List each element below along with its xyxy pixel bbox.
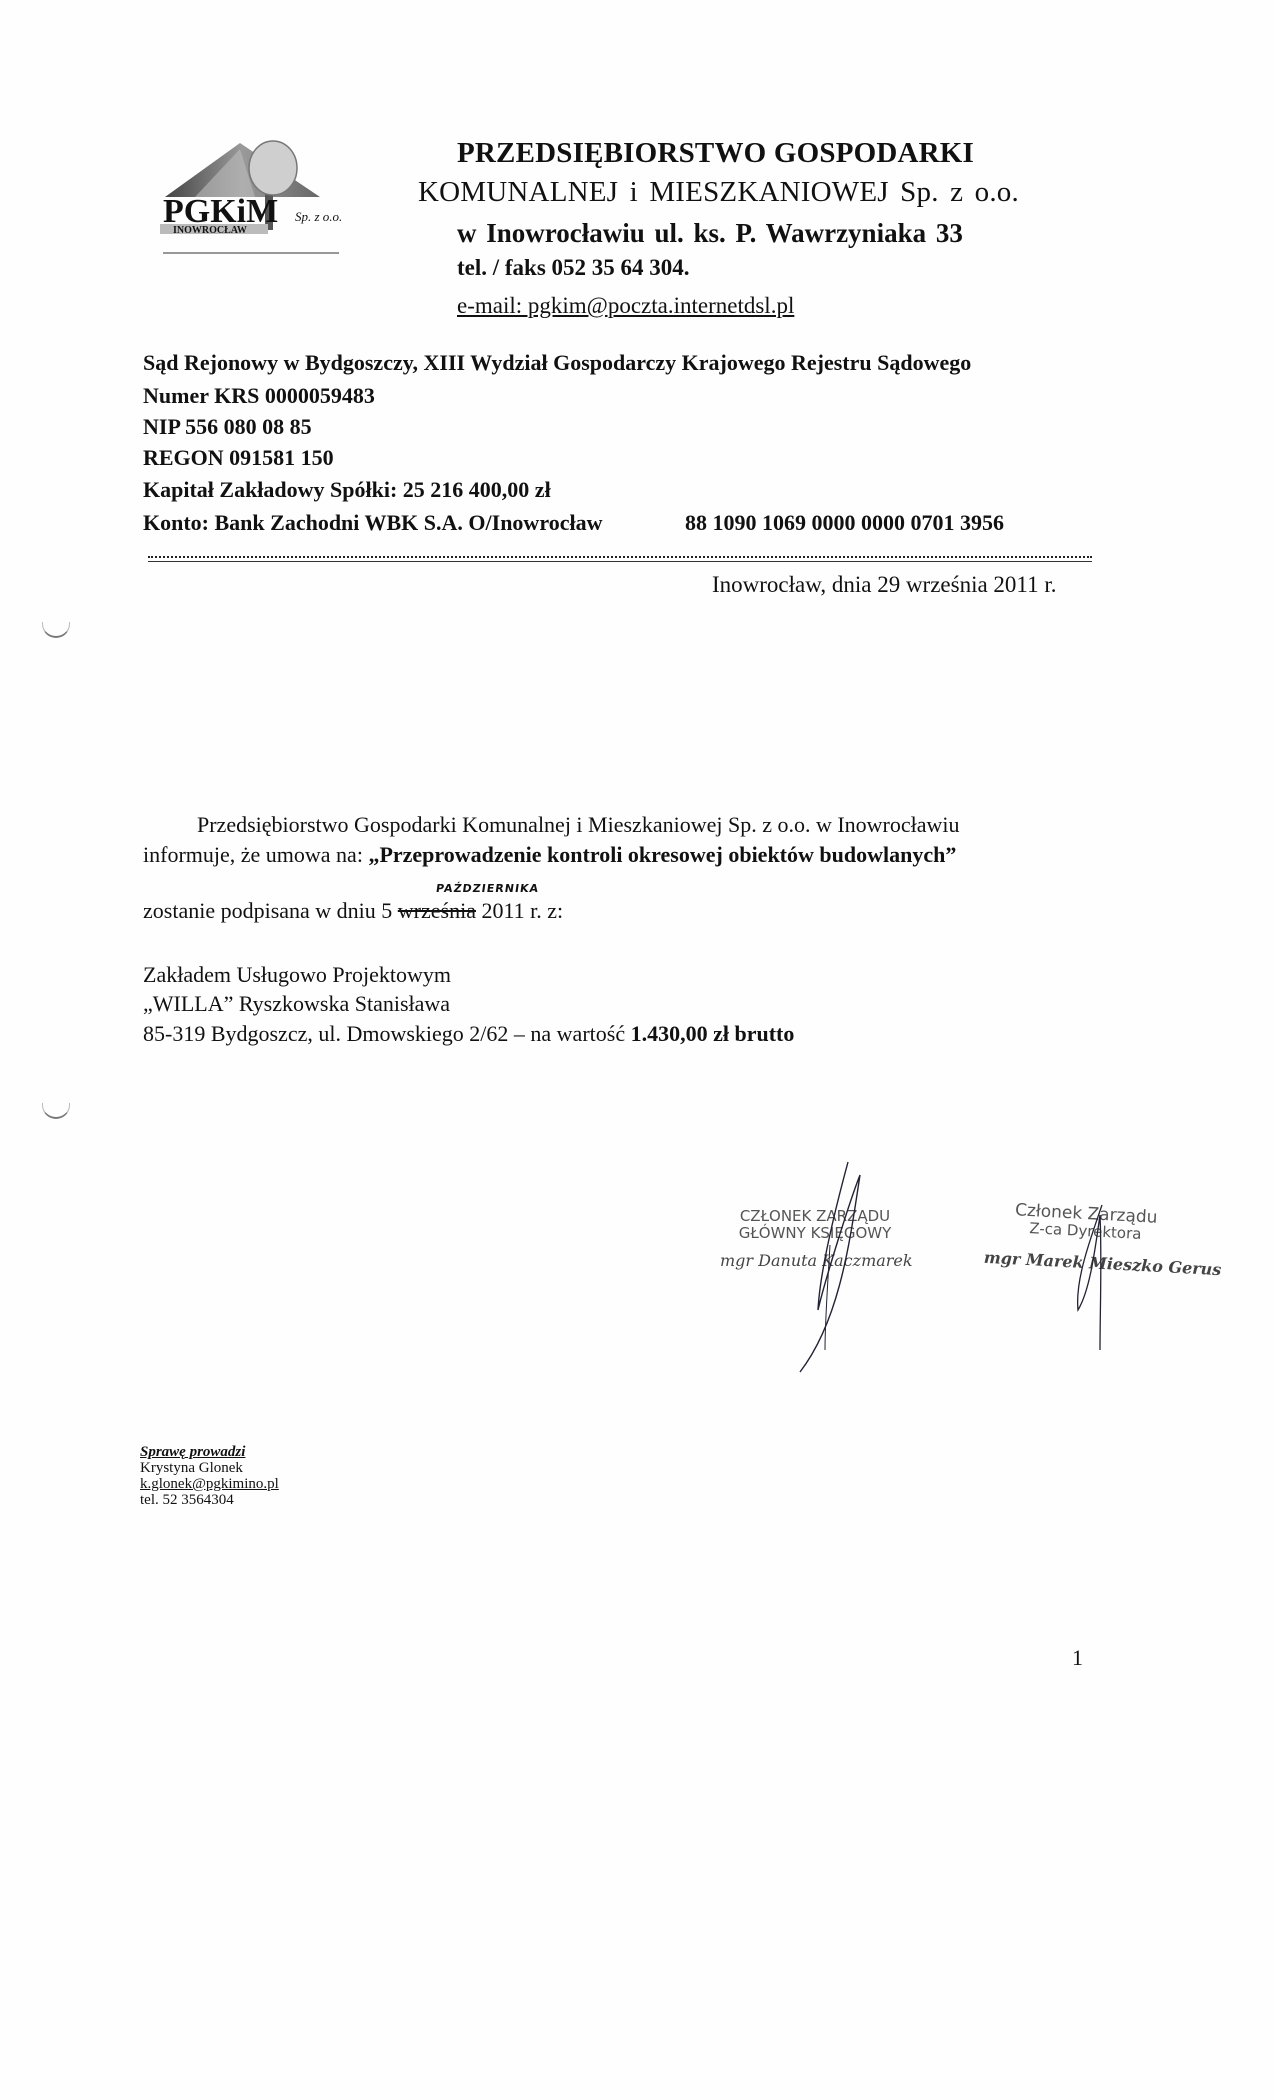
contractor-line3-prefix: 85-319 Bydgoszcz, ul. Dmowskiego 2/62 – …: [143, 1021, 631, 1046]
registry-account-number: 88 1090 1069 0000 0000 0701 3956: [685, 510, 1004, 536]
footer-name: Krystyna Glonek: [140, 1460, 243, 1476]
company-phone: tel. / faks 052 35 64 304.: [457, 255, 690, 281]
footer-email-link[interactable]: k.glonek@pgkimino.pl: [140, 1476, 279, 1492]
contractor-line1: Zakładem Usługowo Projektowym: [143, 962, 451, 988]
punch-hole-mark: [42, 622, 70, 638]
registry-nip: NIP 556 080 08 85: [143, 414, 312, 440]
handwritten-correction: PAŹDZIERNIKA: [435, 882, 540, 895]
letter-date: Inowrocław, dnia 29 września 2011 r.: [712, 572, 1056, 598]
contract-title: „Przeprowadzenie kontroli okresowej obie…: [368, 842, 956, 867]
punch-hole-mark: [42, 1103, 70, 1119]
footer-heading: Sprawę prowadzi: [140, 1444, 245, 1460]
page-number: 1: [1072, 1645, 1083, 1671]
body-line3: zostanie podpisana w dniu 5 września 201…: [143, 898, 563, 924]
body-line3-prefix: zostanie podpisana w dniu 5: [143, 898, 398, 923]
body-line1: Przedsiębiorstwo Gospodarki Komunalnej i…: [197, 812, 960, 838]
struck-month: września: [398, 898, 476, 923]
footer-phone: tel. 52 3564304: [140, 1492, 234, 1508]
registry-regon: REGON 091581 150: [143, 445, 334, 471]
company-name-line1: PRZEDSIĘBIORSTWO GOSPODARKI: [457, 137, 974, 170]
separator-dotted-line: [148, 556, 1092, 558]
company-email-link[interactable]: e-mail: pgkim@poczta.internetdsl.pl: [457, 293, 794, 319]
contract-value: 1.430,00 zł brutto: [631, 1021, 795, 1046]
contractor-line3: 85-319 Bydgoszcz, ul. Dmowskiego 2/62 – …: [143, 1021, 794, 1047]
separator-solid-line: [148, 561, 1092, 562]
registry-account-label: Konto: Bank Zachodni WBK S.A. O/Inowrocł…: [143, 510, 602, 536]
logo-city: INOWROCŁAW: [173, 225, 247, 236]
body-line3-suffix: 2011 r. z:: [476, 898, 563, 923]
registry-krs: Numer KRS 0000059483: [143, 383, 375, 409]
registry-capital: Kapitał Zakładowy Spółki: 25 216 400,00 …: [143, 477, 551, 503]
company-address: w Inowrocławiu ul. ks. P. Wawrzyniaka 33: [457, 218, 963, 249]
company-name-line2: KOMUNALNEJ i MIESZKANIOWEJ Sp. z o.o.: [418, 176, 1019, 209]
registry-court: Sąd Rejonowy w Bydgoszczy, XIII Wydział …: [143, 350, 971, 376]
contractor-line2: „WILLA” Ryszkowska Stanisława: [143, 991, 450, 1017]
company-logo: PGKiM Sp. z o.o. INOWROCŁAW: [155, 135, 345, 260]
logo-suffix: Sp. z o.o.: [295, 209, 342, 225]
body-line2-prefix: informuje, że umowa na:: [143, 842, 368, 867]
body-line2: informuje, że umowa na: „Przeprowadzenie…: [143, 842, 956, 868]
handwritten-signature-icon: [700, 1150, 1220, 1410]
